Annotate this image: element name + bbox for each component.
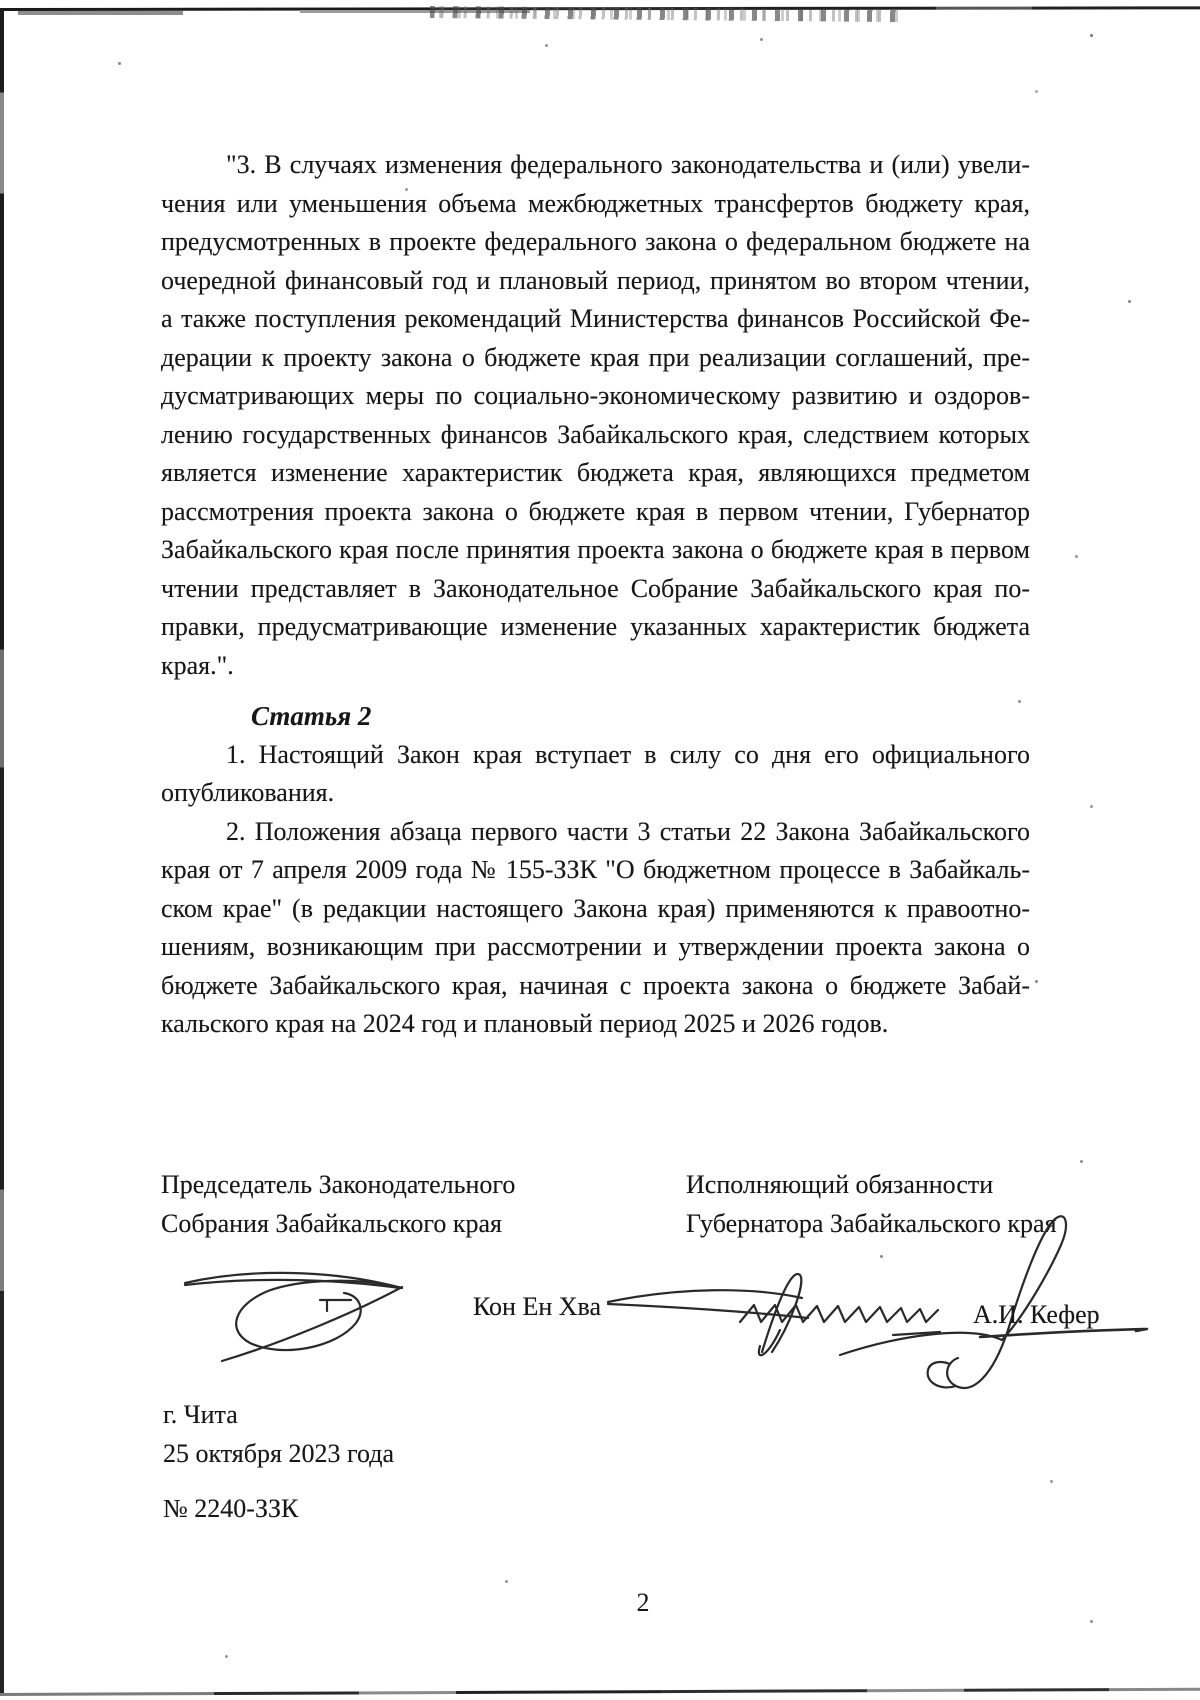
date-label: 25 октября 2023 года — [163, 1435, 394, 1474]
text-line: правки, предусматривающие изменение указ… — [161, 608, 1030, 647]
article2-heading: Статья 2 — [161, 697, 1030, 736]
text-line: предусмотренных в проекте федерального з… — [161, 223, 1030, 262]
text-line: 1. Настоящий Закон края вступает в силу … — [161, 736, 1030, 775]
city-label: г. Чита — [163, 1396, 394, 1435]
scanned-document-page: "3. В случаях изменения федерального зак… — [0, 0, 1200, 1700]
text-line: рассмотрения проекта закона о бюджете кр… — [161, 493, 1030, 532]
text-line: бюджете Забайкальского края, начиная с п… — [161, 967, 1030, 1006]
text-line: 2. Положения абзаца первого части 3 стат… — [161, 813, 1030, 852]
text-line: опубликования. — [161, 774, 1030, 813]
scan-dust-specks — [118, 62, 121, 65]
page-number: 2 — [637, 1584, 650, 1623]
chairman-signature-stroke — [185, 1273, 402, 1361]
article3-quoted-paragraph: "3. В случаях изменения федерального зак… — [161, 146, 1030, 685]
chairman-name: Кон Ен Хва — [473, 1288, 601, 1327]
text-line: края.". — [161, 647, 1030, 686]
text-line: очередной финансовый год и плановый пери… — [161, 262, 1030, 301]
text-line: лению государственных финансов Забайкаль… — [161, 416, 1030, 455]
city-date-block: г. Чита 25 октября 2023 года — [163, 1396, 394, 1473]
document-number: № 2240-ЗЗК — [163, 1490, 298, 1529]
scan-border-left — [0, 8, 4, 1696]
document-body: "3. В случаях изменения федерального зак… — [161, 146, 1030, 1044]
scan-border-bottom — [0, 1688, 1200, 1696]
article2-clause1-paragraph: 1. Настоящий Закон края вступает в силу … — [161, 736, 1030, 813]
text-line: "3. В случаях изменения федерального зак… — [161, 146, 1030, 185]
article2-clause2-paragraph: 2. Положения абзаца первого части 3 стат… — [161, 813, 1030, 1044]
text-line: Забайкальского края после принятия проек… — [161, 531, 1030, 570]
text-line: ском крае" (в редакции настоящего Закона… — [161, 890, 1030, 929]
text-line: края от 7 апреля 2009 года № 155-ЗЗК "О … — [161, 851, 1030, 890]
governor-name: А.И. Кефер — [973, 1296, 1100, 1335]
text-line: кальского края на 2024 год и плановый пе… — [161, 1005, 1030, 1044]
text-line: дерации к проекту закона о бюджете края … — [161, 339, 1030, 378]
text-line: а также поступления рекомендаций Министе… — [161, 300, 1030, 339]
scan-border-top-gray-segment — [18, 11, 183, 15]
text-line: чтении представляет в Законодательное Со… — [161, 570, 1030, 609]
handwritten-signatures — [140, 1120, 1160, 1410]
text-line: дусматривающих меры по социально-экономи… — [161, 377, 1030, 416]
text-line: чения или уменьшения объема межбюджетных… — [161, 185, 1030, 224]
text-line: шениям, возникающим при рассмотрении и у… — [161, 928, 1030, 967]
text-line: является изменение характеристик бюджета… — [161, 454, 1030, 493]
